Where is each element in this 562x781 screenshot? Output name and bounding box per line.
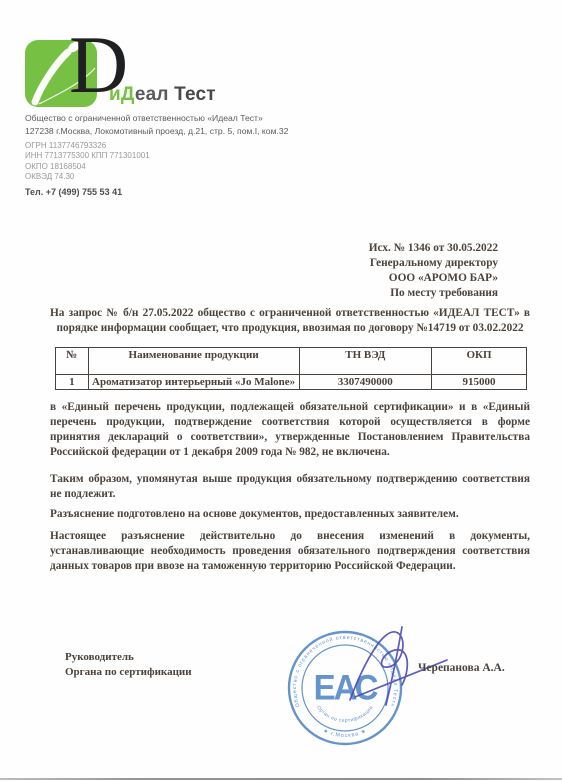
col-header-okp: ОКП xyxy=(432,348,527,375)
stamp-ring-city-text: ★ г.Москва ★ xyxy=(322,728,368,739)
scan-bottom-edge xyxy=(0,778,562,780)
recipient-location: По месту требования xyxy=(280,286,498,301)
paragraph-validity: Настоящее разъяснение действительно до в… xyxy=(50,529,530,574)
paragraph-lists: в «Единый перечень продукции, подлежащей… xyxy=(50,400,530,460)
col-header-tnved: ТН ВЭД xyxy=(299,348,431,375)
table-header-row: № Наименование продукции ТН ВЭД ОКП xyxy=(56,348,527,375)
signatory-title-line1: Руководитель xyxy=(65,650,192,665)
logo-wordmark: иДеал Тест xyxy=(109,84,216,106)
recipient-company: ООО «АРОМО БАР» xyxy=(280,271,498,286)
signatory-title: Руководитель Органа по сертификации xyxy=(65,650,192,679)
product-table: № Наименование продукции ТН ВЭД ОКП 1 Ар… xyxy=(55,347,527,390)
document-page: D иДеал Тест Общество с ограниченной отв… xyxy=(0,0,562,781)
company-phone: Тел. +7 (499) 755 53 41 xyxy=(25,187,325,197)
company-address-line: 127238 г.Москва, Локомотивный проезд, д.… xyxy=(25,125,325,138)
paragraph-intro: На запрос № б/н 27.05.2022 общество с ог… xyxy=(50,306,530,336)
svg-text:★ г.Москва ★: ★ г.Москва ★ xyxy=(322,728,368,739)
company-inn-kpp: ИНН 7713775300 КПП 771301001 xyxy=(25,151,325,161)
company-okved: ОКВЭД 74.30 xyxy=(25,172,325,182)
company-details: Общество с ограниченной ответственностью… xyxy=(25,112,325,197)
signatory-title-line2: Органа по сертификации xyxy=(65,665,192,680)
company-logo: D иДеал Тест xyxy=(25,38,255,113)
logo-wordmark-gray: еал xyxy=(135,84,169,105)
cell-row-number: 1 xyxy=(56,375,89,390)
col-header-product: Наименование продукции xyxy=(88,348,299,375)
cell-product-name: Ароматизатор интерьерный «Jo Malone» xyxy=(88,375,299,390)
signatory-name: Черепанова А.А. xyxy=(418,662,505,674)
cell-tnved-code: 3307490000 xyxy=(299,375,431,390)
table-row: 1 Ароматизатор интерьерный «Jo Malone» 3… xyxy=(56,375,527,390)
company-name-line: Общество с ограниченной ответственностью… xyxy=(25,112,325,125)
recipient-block: Исх. № 1346 от 30.05.2022 Генеральному д… xyxy=(280,241,498,301)
logo-wordmark-bold: Тест xyxy=(174,84,216,105)
cell-okp-code: 915000 xyxy=(432,375,527,390)
logo-wordmark-green: иД xyxy=(109,84,135,105)
paragraph-conclusion: Таким образом, упомянутая выше продукция… xyxy=(50,472,530,502)
col-header-number: № xyxy=(56,348,89,375)
paragraph-basis: Разъяснение подготовлено на основе докум… xyxy=(50,507,530,522)
outgoing-ref-number: Исх. № 1346 от 30.05.2022 xyxy=(280,241,498,256)
company-okpo: ОКПО 18168504 xyxy=(25,162,325,172)
recipient-title: Генеральному директору xyxy=(280,256,498,271)
company-ogrn: ОГРН 1137746793326 xyxy=(25,141,325,151)
